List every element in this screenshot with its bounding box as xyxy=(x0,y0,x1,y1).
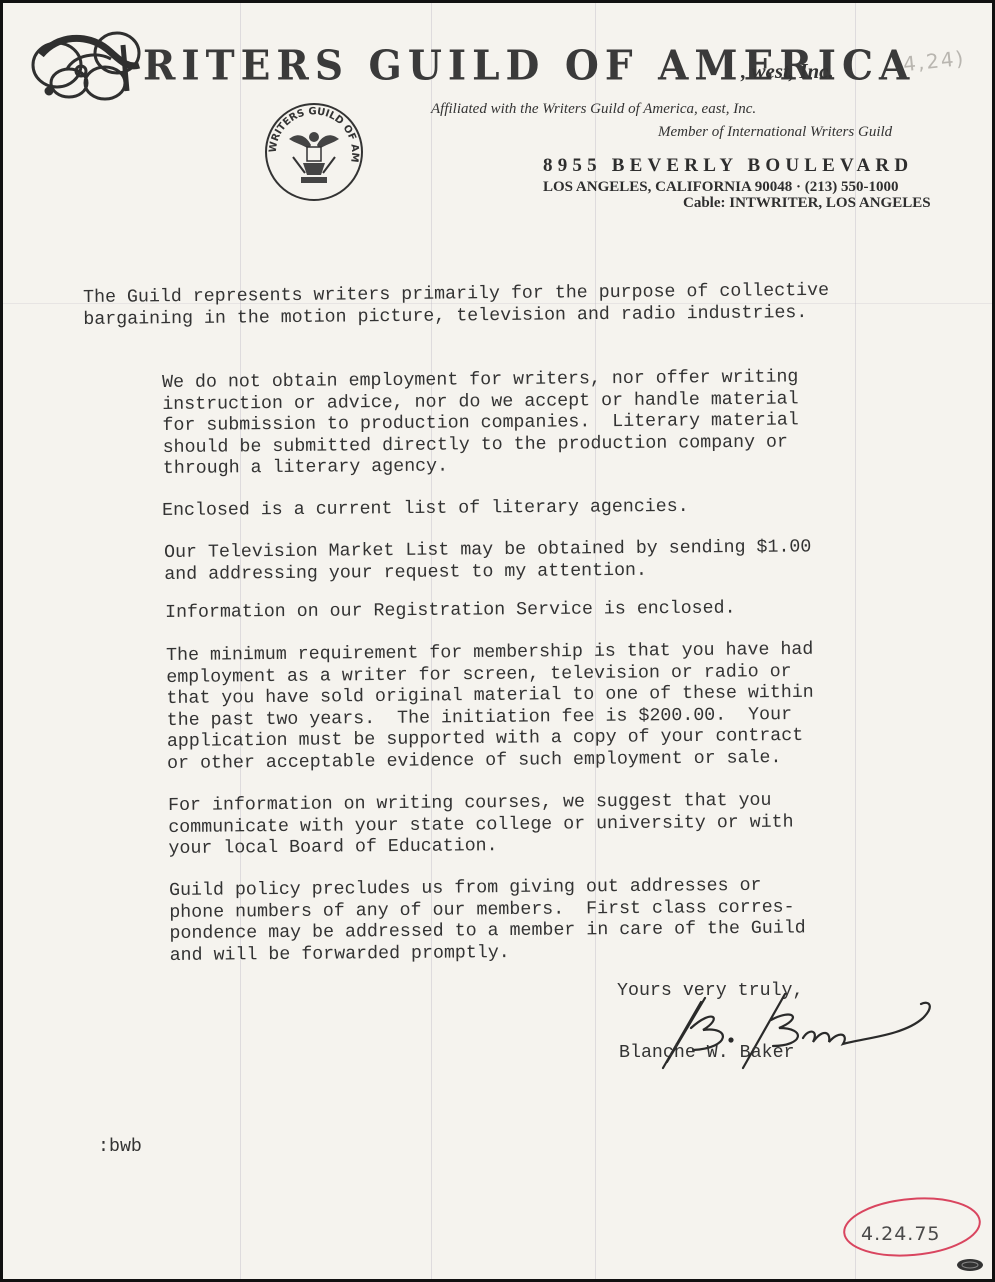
body-paragraph: Enclosed is a current list of literary a… xyxy=(162,497,689,523)
body-paragraph: Guild policy precludes us from giving ou… xyxy=(169,875,806,967)
address-city-phone: LOS ANGELES, CALIFORNIA 90048 · (213) 55… xyxy=(543,179,898,196)
handwritten-date: 4.24.75 xyxy=(861,1223,941,1245)
guild-seal-icon: WRITERS GUILD OF AMERICA xyxy=(259,101,369,203)
address-street: 8955 BEVERLY BOULEVARD xyxy=(543,155,913,177)
organization-suffix: , west, Inc. xyxy=(741,59,834,84)
membership-line: Member of International Writers Guild xyxy=(658,124,892,141)
body-paragraph: For information on writing courses, we s… xyxy=(168,791,794,861)
printer-mark-icon xyxy=(954,1258,984,1272)
body-paragraph: We do not obtain employment for writers,… xyxy=(162,367,799,480)
typist-initials: :bwb xyxy=(98,1137,142,1157)
body-paragraph: Our Television Market List may be obtain… xyxy=(164,537,812,586)
pencil-annotation: 4,24) xyxy=(902,46,967,76)
address-cable: Cable: INTWRITER, LOS ANGELES xyxy=(683,195,931,212)
body-paragraph: The minimum requirement for membership i… xyxy=(166,640,814,775)
affiliation-line: Affiliated with the Writers Guild of Ame… xyxy=(431,101,756,118)
signer-name: Blanche W. Baker xyxy=(619,1043,795,1063)
monogram-w-icon xyxy=(27,25,145,107)
paper-fold-line xyxy=(431,3,432,1279)
body-paragraph: Information on our Registration Service … xyxy=(165,599,736,625)
letter-page: RITERS GUILD OF AMERICA , west, Inc. WRI… xyxy=(3,3,992,1279)
intro-paragraph: The Guild represents writers primarily f… xyxy=(83,281,829,331)
paper-fold-line xyxy=(240,3,241,1279)
